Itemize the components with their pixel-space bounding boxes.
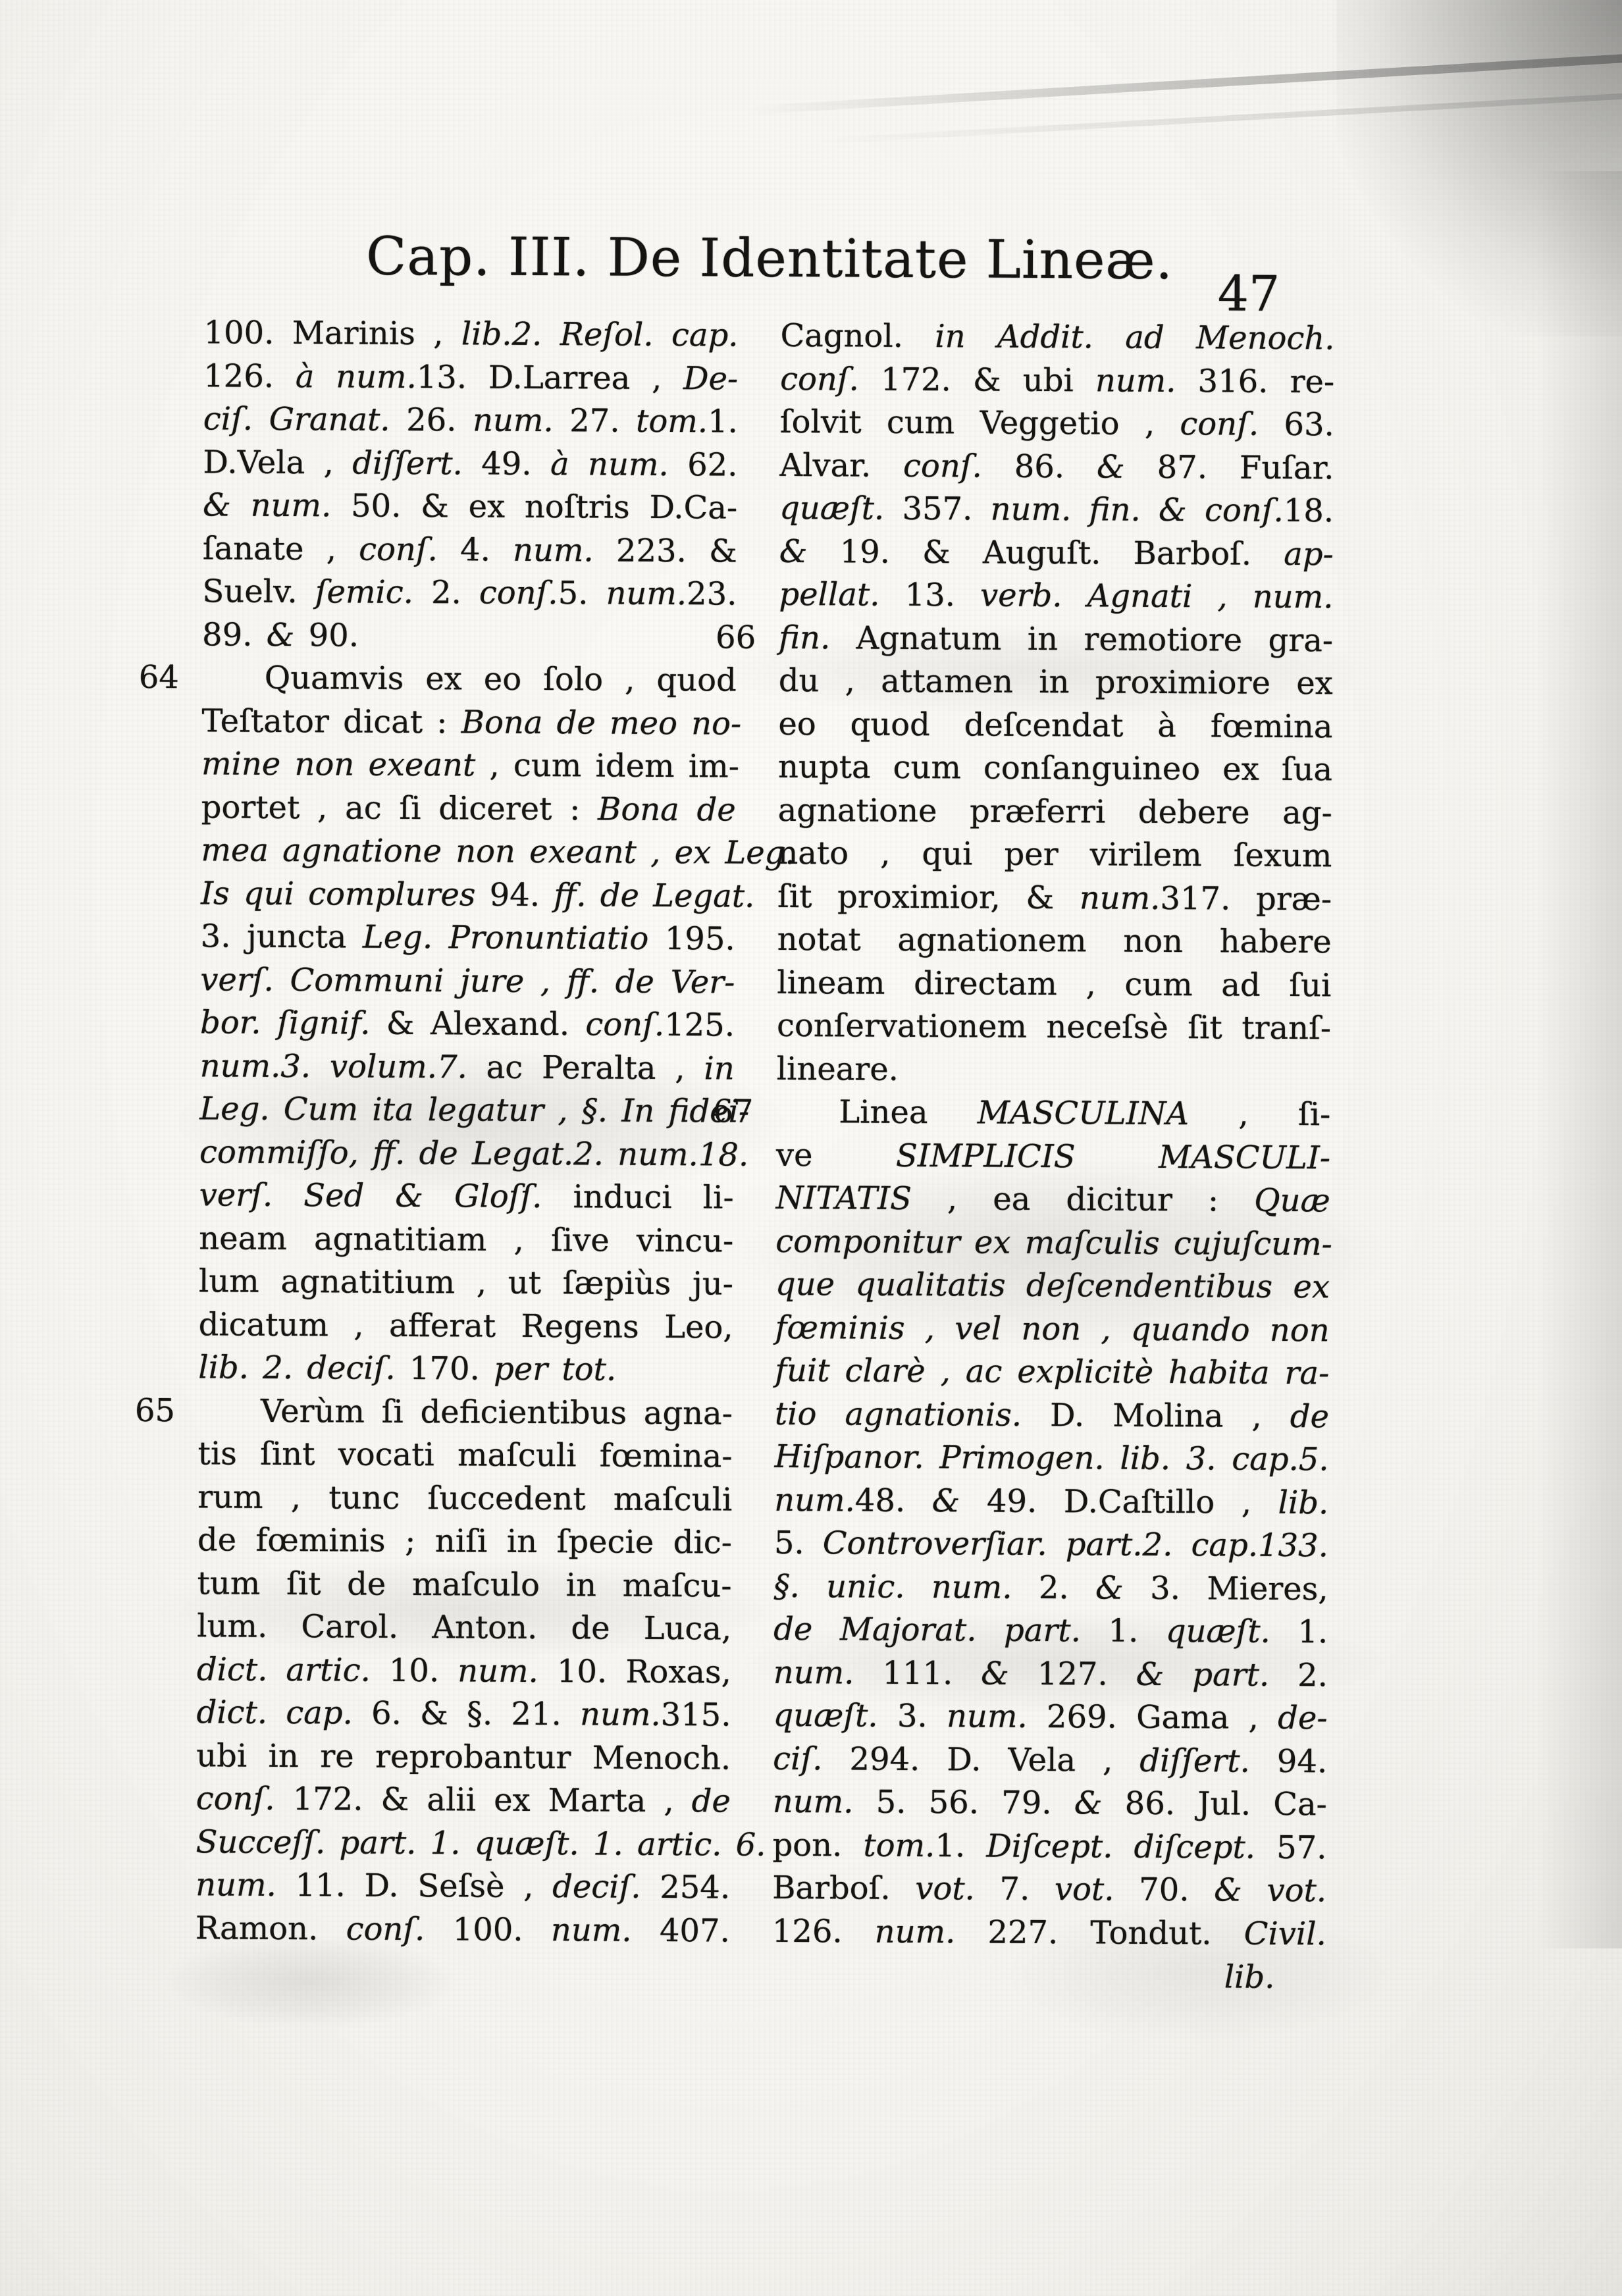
text-line: num. 111. & 127. & part. 2. [773, 1651, 1328, 1697]
text-line: Leg. Cum ita legatur , §. In fidei- [199, 1087, 734, 1134]
text-line: du , attamen in proximiore ex [779, 660, 1333, 706]
italic-text: mea agnatione non exeant , ex Leg. [201, 831, 795, 872]
roman-text: 13. [904, 577, 980, 614]
roman-text: 86. [1014, 448, 1097, 485]
roman-text: 407. [660, 1912, 730, 1949]
roman-text: tum ſit de maſculo in maſcu- [197, 1565, 731, 1604]
roman-text: 94. [1277, 1742, 1328, 1779]
text-line: D.Vela , diſſert. 49. à num. 62. [203, 441, 737, 487]
italic-text: num. [196, 1866, 296, 1904]
roman-text: 89. [202, 616, 267, 654]
roman-text: ac Peralta , [486, 1049, 704, 1087]
text-line: de fœminis ; niſi in ſpecie dic- [197, 1519, 732, 1565]
paragraph-number: 64 [139, 656, 179, 700]
roman-text: Agnatum in remotiore gra- [856, 619, 1334, 659]
roman-text: 357. [902, 490, 990, 528]
italic-text: in [704, 1050, 735, 1087]
roman-text: 1. [935, 1827, 986, 1864]
roman-text: 2. [1039, 1569, 1095, 1606]
roman-text: 294. D. Vela , [849, 1740, 1139, 1779]
roman-text: 10. [389, 1652, 458, 1689]
italic-text: conſ. [479, 575, 558, 612]
italic-text: ſemic. [315, 573, 432, 611]
text-line: & num. 50. & ex noſtris D.Ca- [203, 484, 737, 530]
roman-text: 57. [1276, 1829, 1327, 1865]
text-line: 65Verùm ſi deficientibus agna- [198, 1390, 733, 1436]
roman-text: ve [776, 1136, 896, 1174]
roman-text: 27. [569, 402, 636, 440]
text-line: Ramon. conſ. 100. num. 407. [196, 1907, 730, 1953]
roman-text: Alvar. [779, 446, 903, 484]
text-line: fuit clarè , ac explicitè habita ra- [775, 1349, 1329, 1396]
roman-text: 1. [1108, 1613, 1166, 1650]
italic-text: per tot. [494, 1351, 616, 1388]
roman-text: 316. re- [1197, 363, 1334, 400]
roman-text: de fœminis ; niſi in ſpecie dic- [197, 1521, 732, 1561]
italic-text: MASCULINA [978, 1095, 1239, 1133]
text-line: pellat. 13. verb. Agnati , num. [779, 573, 1333, 619]
text-line: num.3. volum.7. ac Peralta , in [200, 1045, 735, 1091]
text-line: Barboſ. vot. 7. vot. 70. & vot. [772, 1867, 1326, 1913]
paragraph-number: 67 [713, 1090, 753, 1134]
roman-text: nupta cum conſanguineo ex ſua [778, 748, 1332, 788]
roman-text: 3. Mieres, [1124, 1569, 1328, 1607]
italic-text: tom. [636, 403, 708, 440]
text-line: Cagnol. in Addit. ad Menoch. [780, 315, 1334, 361]
italic-text: fin. [779, 619, 856, 656]
roman-text: ſit proximior, & [777, 877, 1080, 916]
roman-text: 48. [855, 1482, 932, 1519]
roman-text: conſervationem neceſsè ſit tranſ- [777, 1007, 1331, 1047]
roman-text: rum , tunc ſuccedent maſculi [197, 1478, 732, 1518]
text-line: tum ſit de maſculo in maſcu- [197, 1562, 731, 1608]
italic-text: conſ. [346, 1910, 453, 1948]
roman-text: Quamvis ex eo ſolo , quod [265, 660, 737, 699]
italic-text: à num. [296, 358, 417, 396]
italic-text: componitur ex maſculis cujuſcum- [775, 1222, 1332, 1262]
roman-text: 90. [294, 617, 359, 654]
text-line: ſanate , conſ. 4. num. 223. & [203, 527, 737, 573]
text-line: quæſt. 357. num. fin. & conſ.18. [779, 487, 1334, 533]
text-line: conſervationem neceſsè ſit tranſ- [777, 1004, 1331, 1051]
roman-text: 13. D.Larrea , [417, 359, 684, 397]
text-line: nato , qui per virilem ſexum [777, 832, 1332, 878]
text-line: lib. 2. deciſ. 170. per tot. [198, 1346, 733, 1392]
roman-text: 49. D.Caſtillo , [960, 1482, 1278, 1521]
italic-text: lib. [1278, 1484, 1328, 1521]
italic-text: num. [774, 1481, 855, 1519]
italic-text: num.3. volum.7. [200, 1047, 486, 1085]
italic-text: ff. de Legat. [554, 877, 754, 915]
page-number: 47 [1218, 265, 1280, 322]
italic-text: & [1097, 448, 1157, 485]
roman-text: 223. & [616, 532, 737, 569]
text-line: dict. artic. 10. num. 10. Roxas, [197, 1648, 731, 1694]
text-line: §. unic. num. 2. & 3. Mieres, [773, 1565, 1328, 1611]
roman-text: 6. & §. 21. [371, 1695, 580, 1733]
text-line: tio agnationis. D. Molina , de [775, 1392, 1329, 1438]
italic-text: vot. [915, 1870, 1000, 1908]
italic-text: num. [1095, 362, 1198, 400]
roman-text: 100. [453, 1911, 552, 1948]
roman-text: & Alexand. [386, 1005, 586, 1043]
italic-text: & [981, 1655, 1009, 1692]
italic-text: conſ. [903, 447, 1014, 484]
italic-text: & vot. [1214, 1871, 1326, 1909]
italic-text: Hiſpanor. Primogen. lib. 3. cap.5. [774, 1438, 1328, 1478]
roman-text: Teſtator dicat : [201, 702, 461, 741]
text-line: pon. tom.1. Diſcept. diſcept. 57. [772, 1823, 1326, 1869]
italic-text: & [1095, 1569, 1124, 1606]
italic-text: De- [683, 360, 738, 397]
roman-text: 100. Marinis , [203, 314, 461, 352]
text-line: 89. & 90. [202, 613, 737, 660]
italic-text: tom. [863, 1827, 935, 1864]
roman-text: pon. [772, 1826, 863, 1864]
italic-text: quæſt. [773, 1697, 897, 1735]
roman-text: eo quod deſcendat à fœmina [778, 705, 1332, 744]
roman-text: 172. & ubi [881, 361, 1095, 399]
roman-text: 7. [999, 1871, 1055, 1908]
text-line: ciſ. Granat. 26. num. 27. tom.1. [203, 398, 738, 444]
text-line: 66fin. Agnatum in remotiore gra- [779, 616, 1333, 662]
text-line: Hiſpanor. Primogen. lib. 3. cap.5. [774, 1436, 1328, 1482]
roman-text: D. Molina , [1050, 1397, 1290, 1435]
roman-text: 63. [1284, 406, 1334, 443]
italic-text: Civil. [1244, 1915, 1326, 1952]
italic-text: vot. [1055, 1871, 1139, 1908]
text-line: lum agnatitium , ut ſæpiùs ju- [199, 1260, 733, 1306]
text-line: 100. Marinis , lib.2. Reſol. cap. [203, 311, 738, 357]
text-line: componitur ex maſculis cujuſcum- [775, 1220, 1330, 1266]
italic-text: num. [551, 1912, 660, 1949]
roman-text: 170. [409, 1350, 494, 1388]
roman-text: Verùm ſi deficientibus agna- [261, 1392, 733, 1432]
italic-text: ap- [1284, 535, 1334, 572]
text-line: lineam directam , cum ad ſui [777, 961, 1331, 1007]
text-line: fœminis , vel non , quando non [775, 1306, 1329, 1352]
italic-text: in Addit. ad Menoch. [935, 318, 1334, 357]
text-line: 126. à num.13. D.Larrea , De- [203, 355, 738, 401]
italic-text: num. [773, 1654, 883, 1691]
roman-text: du , attamen in proximiore ex [779, 662, 1333, 702]
text-line: 3. juncta Leg. Pronuntiatio 195. [201, 915, 735, 961]
text-line: ve SIMPLICIS MASCULI- [776, 1134, 1330, 1180]
roman-text: 11. D. Seſsè , [295, 1867, 552, 1905]
roman-text: 1. [1297, 1613, 1328, 1650]
text-line: commiſſo, ff. de Legat.2. num.18. [199, 1131, 734, 1177]
roman-text: lineare. [777, 1050, 899, 1087]
italic-text: conſ. [196, 1780, 293, 1817]
italic-text: mine non exeant [201, 745, 490, 783]
italic-text: lib.2. Reſol. cap. [461, 315, 739, 353]
italic-text: num. [773, 1783, 876, 1821]
italic-text: & [1074, 1785, 1103, 1821]
roman-text: lum. Carol. Anton. de Luca, [197, 1607, 731, 1647]
italic-text: que qualitatis deſcendentibus ex [775, 1266, 1330, 1305]
italic-text: NITATIS [776, 1180, 948, 1217]
italic-text: commiſſo, ff. de Legat.2. num.18. [199, 1134, 748, 1173]
roman-text: 23. [687, 575, 737, 612]
italic-text: Bona de meo no- [461, 704, 742, 742]
text-line: lineare. [777, 1047, 1331, 1093]
text-line: ſolvit cum Veggetio , conſ. 63. [780, 401, 1334, 447]
italic-text: num. [580, 1696, 661, 1733]
italic-text: ciſ. Granat. [203, 400, 407, 438]
text-line: dicatum , afferat Regens Leo, [198, 1303, 733, 1349]
roman-text: 86. Jul. Ca- [1102, 1785, 1327, 1823]
text-line: NITATIS , ea dicitur : Quæ [775, 1177, 1330, 1223]
italic-text: diſſert. [352, 444, 481, 482]
italic-text: diſſert. [1139, 1742, 1277, 1779]
roman-text: 49. [481, 445, 550, 483]
roman-text: neam agnatitiam , ſive vincu- [199, 1220, 733, 1259]
right-column: Cagnol. in Addit. ad Menoch.conſ. 172. &… [772, 315, 1335, 1956]
text-line: agnatione præferri debere ag- [778, 789, 1332, 835]
italic-text: bor. ſignif. [200, 1004, 386, 1041]
roman-text: ſanate , [203, 530, 359, 567]
italic-text: de [692, 1783, 731, 1819]
italic-text: Controverſiar. part.2. cap.133. [823, 1525, 1328, 1564]
roman-text: 19. & Auguſt. Barboſ. [840, 533, 1284, 573]
italic-text: conſ. [585, 1006, 664, 1043]
text-line: 5. Controverſiar. part.2. cap.133. [774, 1522, 1328, 1568]
roman-text: Cagnol. [780, 317, 935, 355]
italic-text: Bona de [598, 791, 736, 828]
roman-text: D.Vela , [203, 444, 352, 481]
italic-text: quæſt. [779, 490, 903, 527]
roman-text: dicatum , afferat Regens Leo, [199, 1306, 733, 1345]
italic-text: & [779, 533, 840, 569]
roman-text: agnatione præferri debere ag- [778, 791, 1332, 831]
roman-text: 172. & alii ex Marta , [293, 1781, 692, 1819]
text-line: 67Linea MASCULINA , ſi- [776, 1091, 1330, 1137]
italic-text: à num. [550, 446, 687, 483]
roman-text: tis ſint vocati maſculi fœmina- [197, 1435, 732, 1474]
roman-text: 111. [882, 1654, 981, 1692]
italic-text: de Majorat. part. [773, 1611, 1109, 1650]
roman-text: 26. [406, 402, 473, 439]
italic-text: pellat. [779, 576, 904, 613]
italic-text: num. [606, 575, 687, 613]
text-line: conſ. 172. & alii ex Marta , de [196, 1777, 731, 1823]
italic-text: num. [947, 1698, 1047, 1735]
italic-text: quæſt. [1166, 1613, 1298, 1650]
text-line: eo quod deſcendat à fœmina [778, 702, 1332, 748]
text-line: notat agnationem non habere [777, 918, 1332, 964]
italic-text: de [1290, 1398, 1329, 1435]
italic-text: Succeſſ. part. 1. quæſt. 1. artic. 6. [196, 1823, 766, 1864]
italic-text: conſ. [359, 531, 460, 568]
italic-text: §. unic. num. [773, 1567, 1039, 1605]
italic-text: & num. [203, 486, 351, 524]
text-line: quæſt. 3. num. 269. Gama , de- [773, 1694, 1327, 1740]
text-line: ubi in re reprobantur Menoch. [196, 1735, 731, 1781]
paragraph-number: 66 [716, 616, 756, 660]
text-line: tis ſint vocati maſculi fœmina- [197, 1432, 732, 1478]
text-line: conſ. 172. & ubi num. 316. re- [780, 357, 1334, 404]
text-line: rum , tunc ſuccedent maſculi [197, 1476, 732, 1522]
roman-text: 62. [687, 446, 738, 483]
page-content: Cap. III. De Identitate Lineæ. 47 100. M… [0, 0, 1622, 2296]
italic-text: Quæ [1254, 1182, 1330, 1220]
italic-text: dict. artic. [197, 1651, 389, 1689]
roman-text: 5. [558, 575, 606, 612]
italic-text: conſ. [1180, 405, 1284, 443]
italic-text: Leg. Cum ita legatur , §. In fidei- [199, 1090, 749, 1130]
roman-text: 1. [708, 403, 738, 440]
roman-text: 227. Tondut. [987, 1914, 1244, 1952]
italic-text: verſ. Sed & Gloſſ. [199, 1176, 573, 1215]
italic-text: fœminis , vel non , quando non [775, 1309, 1329, 1348]
italic-text: Diſcept. diſcept. [986, 1827, 1276, 1865]
text-line: Suelv. ſemic. 2. conſ.5. num.23. [202, 570, 737, 616]
roman-text: ubi in re reprobantur Menoch. [196, 1737, 731, 1777]
italic-text: num. [513, 531, 616, 569]
text-line: que qualitatis deſcendentibus ex [775, 1263, 1330, 1309]
text-line: de Majorat. part. 1. quæſt. 1. [773, 1608, 1328, 1654]
roman-text: 3. juncta [201, 918, 363, 955]
italic-text: Is qui complures [201, 875, 490, 913]
italic-text: & part. [1136, 1656, 1298, 1693]
text-line: dict. cap. 6. & §. 21. num.315. [196, 1691, 731, 1737]
roman-text: 254. [660, 1869, 730, 1906]
roman-text: 50. & ex noſtris D.Ca- [351, 488, 737, 527]
italic-text: SIMPLICIS MASCULI- [896, 1137, 1330, 1176]
chapter-title: Cap. III. De Identitate Lineæ. [366, 226, 1215, 292]
roman-text: 317. præ- [1160, 879, 1332, 917]
italic-text: & [932, 1482, 960, 1519]
left-column: 100. Marinis , lib.2. Reſol. cap.126. à … [196, 311, 739, 1952]
text-line: verſ. Communi jure , ff. de Ver- [200, 958, 735, 1004]
italic-text: conſ. [780, 360, 881, 398]
roman-text: 5. 56. 79. [876, 1784, 1074, 1822]
text-line: mine non exeant , cum idem im- [201, 743, 736, 789]
roman-text: lineam directam , cum ad ſui [777, 964, 1331, 1003]
paragraph-number: 65 [135, 1389, 175, 1432]
roman-text: 2. [1297, 1657, 1328, 1694]
text-line: verſ. Sed & Gloſſ. induci li- [199, 1174, 734, 1220]
italic-text: num. [458, 1652, 557, 1690]
roman-text: 2. [431, 574, 479, 611]
italic-text: ciſ. [773, 1740, 850, 1777]
roman-text: notat agnationem non habere [777, 921, 1332, 960]
text-line: Succeſſ. part. 1. quæſt. 1. artic. 6. [196, 1821, 730, 1867]
roman-text: 5. [774, 1525, 823, 1561]
roman-text: 125. [664, 1006, 735, 1044]
italic-text: dict. cap. [196, 1694, 371, 1731]
italic-text: verb. Agnati , num. [980, 577, 1334, 616]
text-line: 126. num. 227. Tondut. Civil. [772, 1910, 1326, 1956]
roman-text: , cum idem im- [489, 747, 739, 785]
roman-text: 70. [1139, 1871, 1214, 1909]
roman-text: lum agnatitium , ut ſæpiùs ju- [199, 1263, 733, 1302]
roman-text: , ea dicitur : [947, 1180, 1255, 1218]
italic-text: num. [473, 402, 569, 439]
italic-text: & [267, 616, 295, 653]
scanned-page: Cap. III. De Identitate Lineæ. 47 100. M… [0, 0, 1622, 2296]
catchword: lib. [772, 1956, 1326, 1996]
roman-text: , ſi- [1238, 1096, 1330, 1134]
text-line: lum. Carol. Anton. de Luca, [197, 1605, 731, 1651]
text-line: mea agnatione non exeant , ex Leg. [201, 829, 735, 875]
roman-text: 269. Gama , [1047, 1698, 1278, 1736]
roman-text: nato , qui per virilem ſexum [777, 835, 1332, 874]
text-line: nupta cum conſanguineo ex ſua [778, 746, 1332, 792]
italic-text: num. fin. & conſ. [991, 491, 1284, 529]
text-line: ſit proximior, & num.317. præ- [777, 875, 1332, 921]
text-line: & 19. & Auguſt. Barboſ. ap- [779, 530, 1334, 576]
roman-text: 195. [665, 920, 735, 958]
roman-text: ſolvit cum Veggetio , [780, 404, 1180, 442]
text-line: portet , ac ſi diceret : Bona de [201, 786, 736, 832]
roman-text: Linea [839, 1093, 978, 1131]
text-line: 64Quamvis ex eo ſolo , quod [202, 656, 737, 702]
roman-text: Ramon. [196, 1910, 346, 1947]
text-line: ciſ. 294. D. Vela , diſſert. 94. [773, 1737, 1327, 1783]
roman-text: 94. [490, 876, 554, 914]
italic-text: num. [1080, 879, 1161, 917]
text-line: Is qui complures 94. ff. de Legat. [201, 872, 735, 918]
roman-text: 127. [1009, 1655, 1136, 1692]
italic-text: lib. 2. deciſ. [198, 1349, 409, 1387]
roman-text: 3. [897, 1698, 947, 1735]
italic-text: de- [1278, 1700, 1328, 1736]
text-line: Alvar. conſ. 86. & 87. Fuſar. [779, 444, 1334, 490]
text-line: num.48. & 49. D.Caſtillo , lib. [774, 1478, 1328, 1525]
roman-text: 18. [1284, 492, 1334, 529]
roman-text: 87. Fuſar. [1157, 448, 1334, 486]
text-line: num. 11. D. Seſsè , deciſ. 254. [196, 1864, 730, 1910]
roman-text: 315. [661, 1696, 731, 1734]
roman-text: 10. Roxas, [557, 1653, 731, 1690]
text-line: Teſtator dicat : Bona de meo no- [201, 700, 736, 746]
text-line: num. 5. 56. 79. & 86. Jul. Ca- [773, 1781, 1327, 1827]
roman-text: Suelv. [202, 573, 315, 610]
text-line: bor. ſignif. & Alexand. conſ.125. [200, 1001, 735, 1047]
roman-text: portet , ac ſi diceret : [201, 789, 598, 827]
text-line: neam agnatitiam , ſive vincu- [199, 1217, 733, 1263]
italic-text: Leg. Pronuntiatio [363, 919, 665, 957]
italic-text: fuit clarè , ac explicitè habita ra- [775, 1352, 1329, 1392]
roman-text: 4. [460, 531, 513, 568]
italic-text: num. [875, 1913, 988, 1950]
italic-text: verſ. Communi jure , ff. de Ver- [200, 961, 735, 1001]
italic-text: tio agnationis. [775, 1395, 1050, 1433]
roman-text: induci li- [573, 1178, 733, 1216]
roman-text: 126. [772, 1912, 875, 1950]
roman-text: Barboſ. [772, 1869, 915, 1907]
italic-text: deciſ. [552, 1868, 660, 1906]
roman-text: 126. [203, 357, 296, 395]
